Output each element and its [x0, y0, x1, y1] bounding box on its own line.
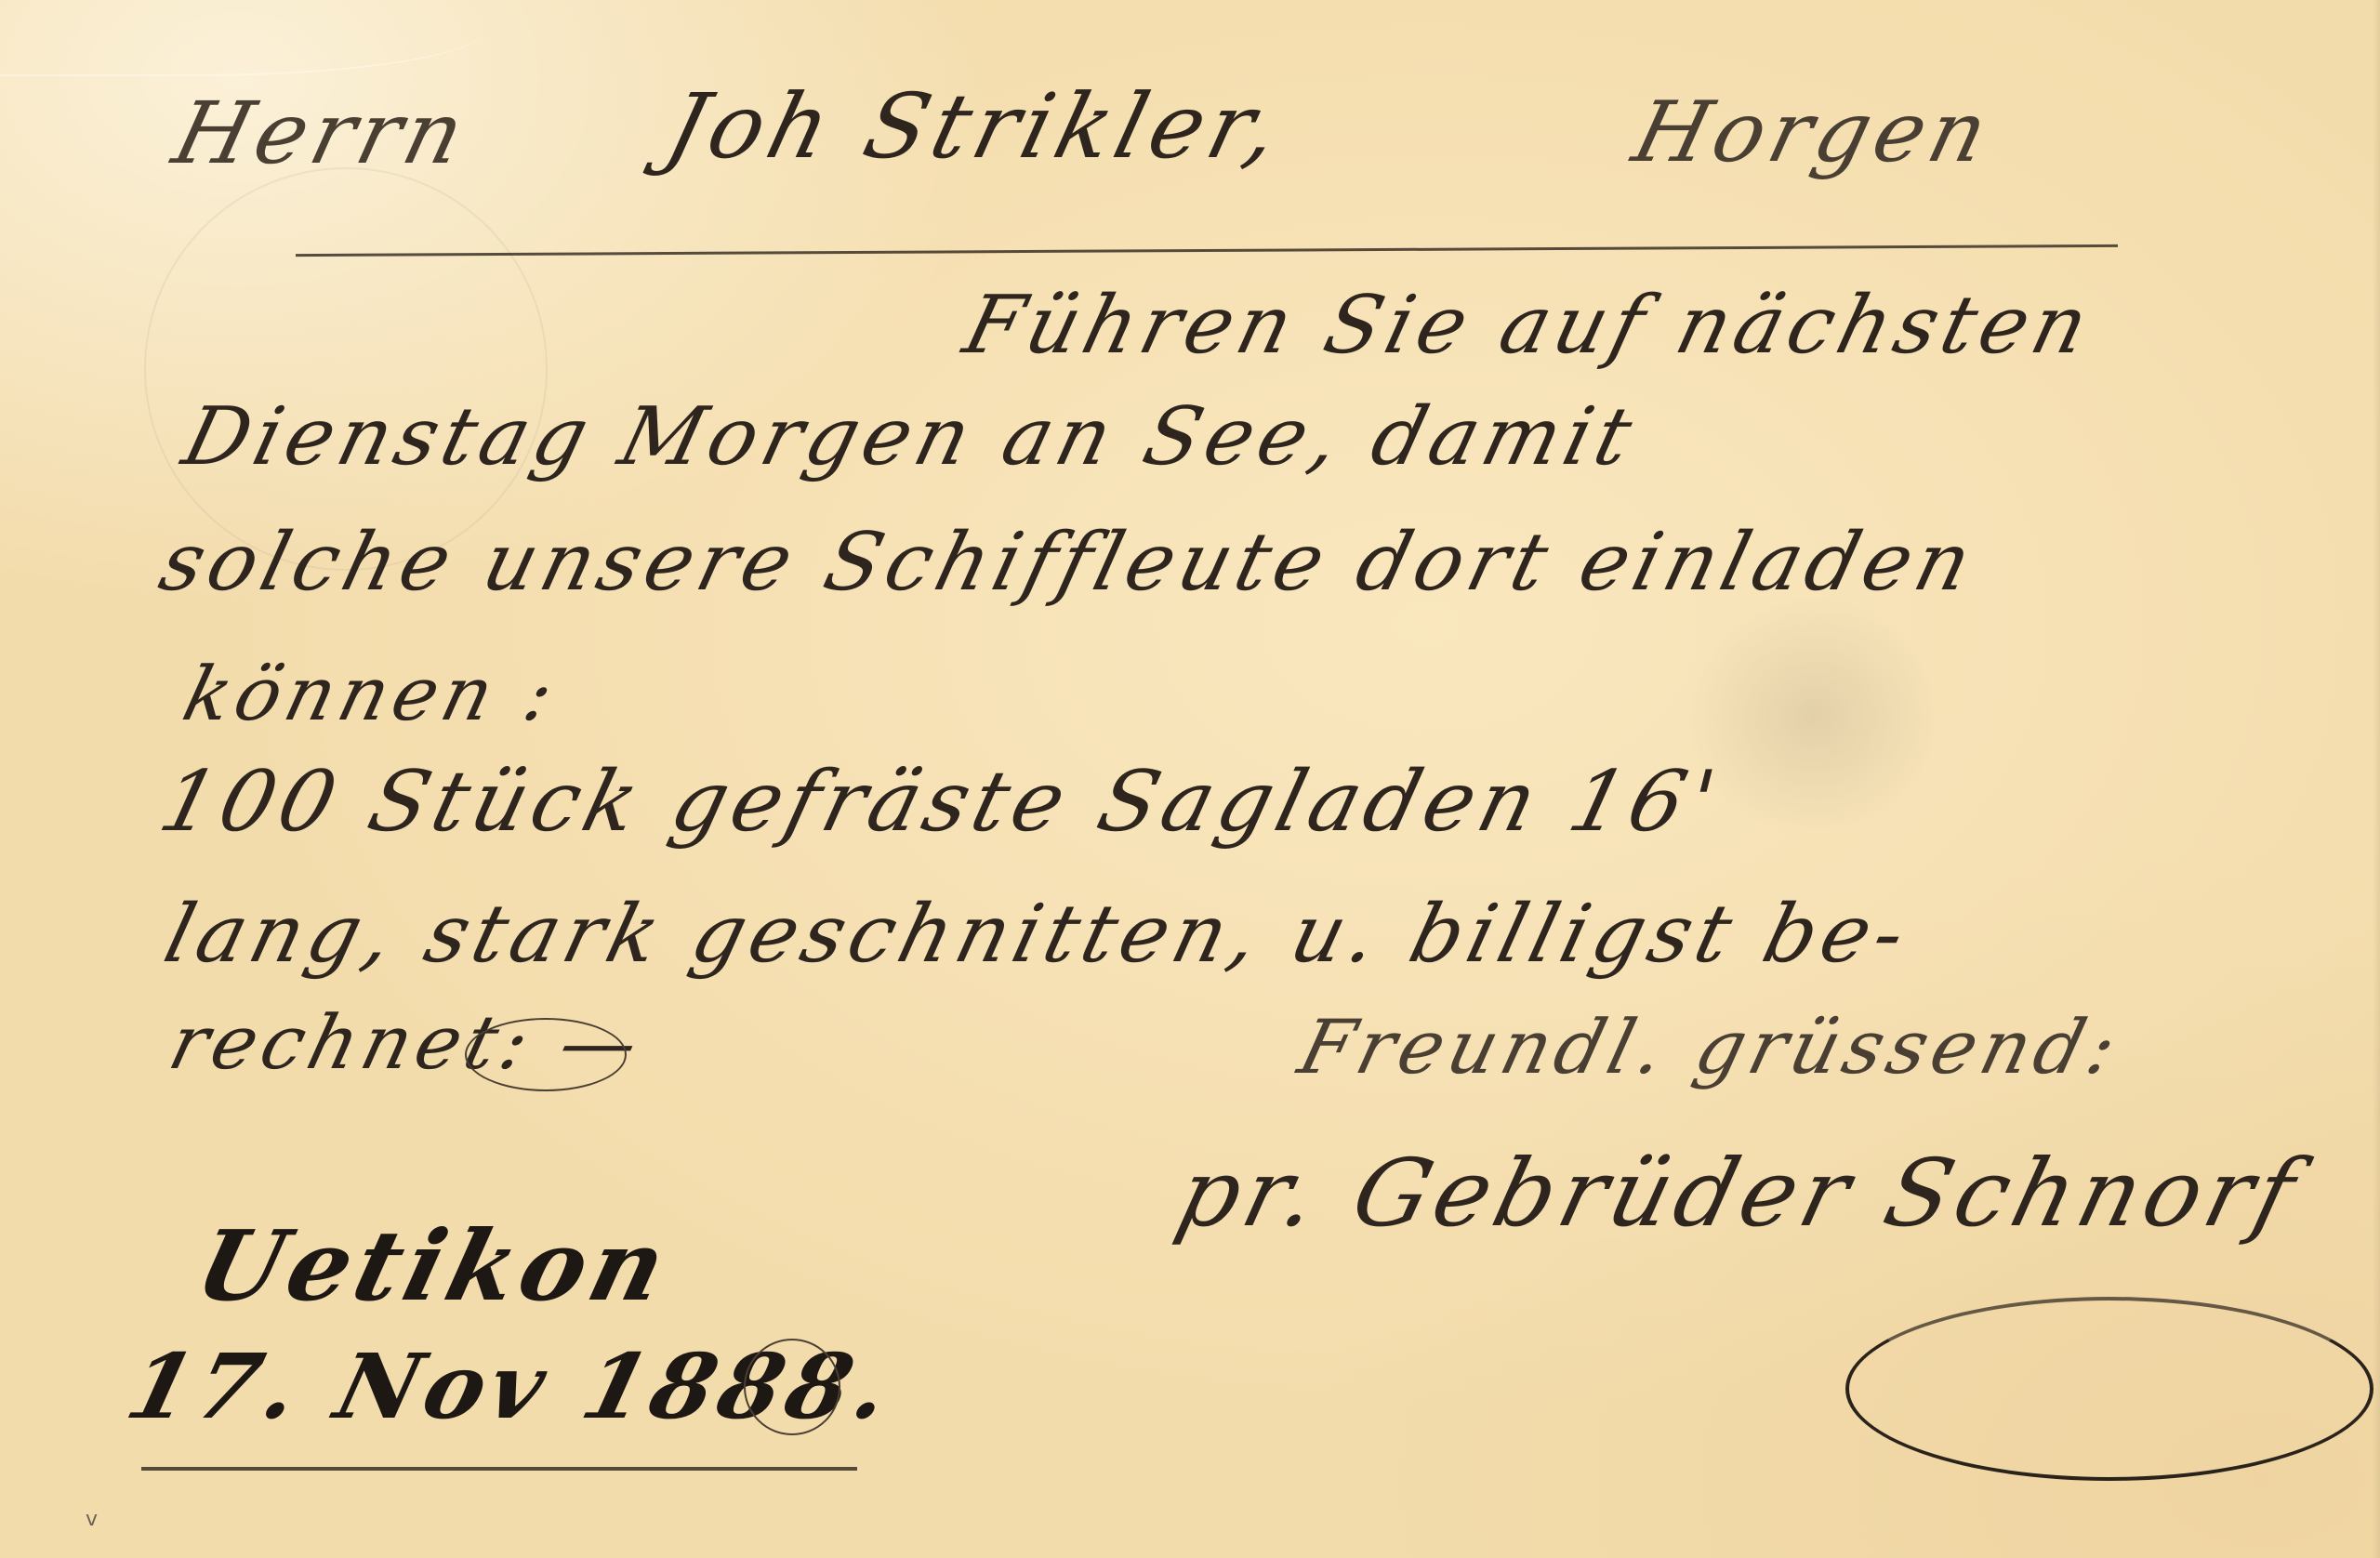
ink-smudge	[1683, 595, 1943, 837]
body-line-5: 100 Stück gefräste Sagladen 16'	[151, 753, 1730, 851]
address-name-first: Joh Strikler,	[656, 74, 1295, 178]
body-line-6: lang, stark geschnitten, u. billigst be-	[156, 888, 1920, 981]
date-underline	[141, 1467, 857, 1471]
closing-signature: pr. Gebrüder Schnorf	[1167, 1139, 2310, 1248]
body-line-3: solche unsere Schiffleute dort einladen	[152, 516, 1986, 609]
rechnet-flourish	[465, 1018, 627, 1091]
paper-crease	[0, 0, 483, 76]
closing-greeting: Freundl. grüssend:	[1290, 1004, 2130, 1090]
address-name: Joh Strikler	[656, 74, 1262, 178]
address-place: Horgen	[1624, 84, 2003, 181]
address-underline	[296, 244, 2118, 257]
place: Uetikon	[186, 1208, 682, 1323]
body-line-1: Führen Sie auf nächsten	[956, 279, 2103, 372]
paper-edge	[2373, 0, 2380, 1558]
postcard: Herrn Joh Strikler, Horgen Führen Sie au…	[0, 0, 2380, 1558]
faded-postmark	[144, 167, 548, 571]
signature-flourish	[1845, 1297, 2373, 1481]
address-salutation: Herrn	[165, 84, 480, 183]
body-line-2: Dienstag Morgen an See, damit	[175, 390, 1646, 483]
date-flourish	[744, 1339, 840, 1435]
body-line-4: können :	[175, 651, 567, 737]
pencil-mark: v	[86, 1508, 98, 1531]
